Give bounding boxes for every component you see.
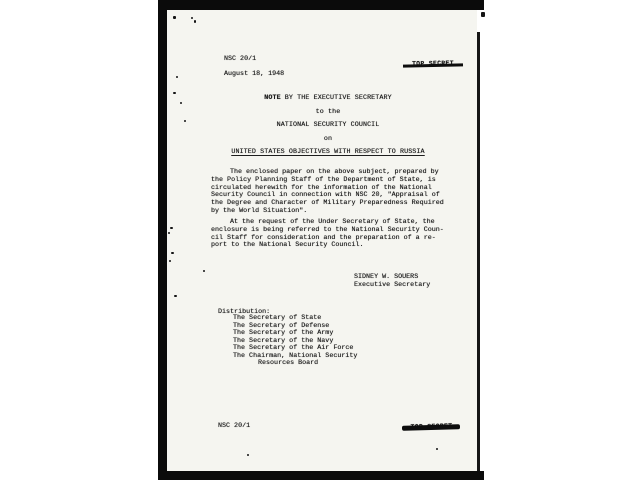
- scan-speck: [168, 232, 170, 234]
- scan-speck: [169, 260, 171, 262]
- document-heading: NOTE BY THE EXECUTIVE SECRETARY to the N…: [200, 92, 456, 160]
- body-paragraph-1: The enclosed paper on the above subject,…: [211, 169, 451, 216]
- film-edge-left: [158, 0, 167, 480]
- film-edge-top: [158, 0, 484, 10]
- signature-block: SIDNEY W. SOUERS Executive Secretary: [354, 273, 430, 290]
- film-edge-bottom: [158, 471, 484, 480]
- heading-addressee: NATIONAL SECURITY COUNCIL: [200, 119, 456, 133]
- heading-to-the: to the: [200, 106, 456, 120]
- doc-date: August 18, 1948: [224, 70, 284, 78]
- note-heading-rest: BY THE EXECUTIVE SECRETARY: [281, 94, 392, 102]
- note-heading: NOTE BY THE EXECUTIVE SECRETARY: [200, 92, 456, 106]
- body-line: by the World Situation".: [211, 208, 451, 216]
- scanned-document-viewer: NSC 20/1 August 18, 1948 TOP SECRET TOP …: [0, 0, 640, 480]
- footer-doc-number: NSC 20/1: [218, 422, 250, 430]
- scan-speck: [180, 102, 182, 104]
- body-line: port to the National Security Council.: [211, 242, 451, 250]
- signature-title: Executive Secretary: [354, 281, 430, 289]
- distribution-list: The Secretary of State The Secretary of …: [233, 315, 357, 368]
- heading-subject-title: UNITED STATES OBJECTIVES WITH RESPECT TO…: [200, 146, 456, 160]
- distribution-item-continuation: Resources Board: [258, 360, 357, 368]
- scan-speck: [247, 454, 249, 456]
- scan-speck: [174, 295, 177, 297]
- doc-number: NSC 20/1: [224, 55, 256, 63]
- scan-speck: [184, 120, 186, 122]
- scan-speck: [170, 227, 173, 229]
- scan-speck: [173, 16, 176, 19]
- note-heading-emphasis: NOTE: [264, 94, 280, 102]
- scan-speck: [171, 252, 174, 254]
- scan-speck: [176, 76, 178, 78]
- body-paragraph-2: At the request of the Under Secretary of…: [211, 219, 451, 250]
- strike-line: [402, 424, 460, 431]
- heading-on: on: [200, 133, 456, 147]
- scan-speck: [481, 12, 485, 17]
- scan-speck: [173, 92, 176, 94]
- scan-speck: [203, 270, 205, 272]
- scan-speck: [436, 448, 438, 450]
- page-right-edge-line: [477, 32, 480, 471]
- scan-speck: [191, 17, 193, 19]
- scan-speck: [194, 20, 196, 23]
